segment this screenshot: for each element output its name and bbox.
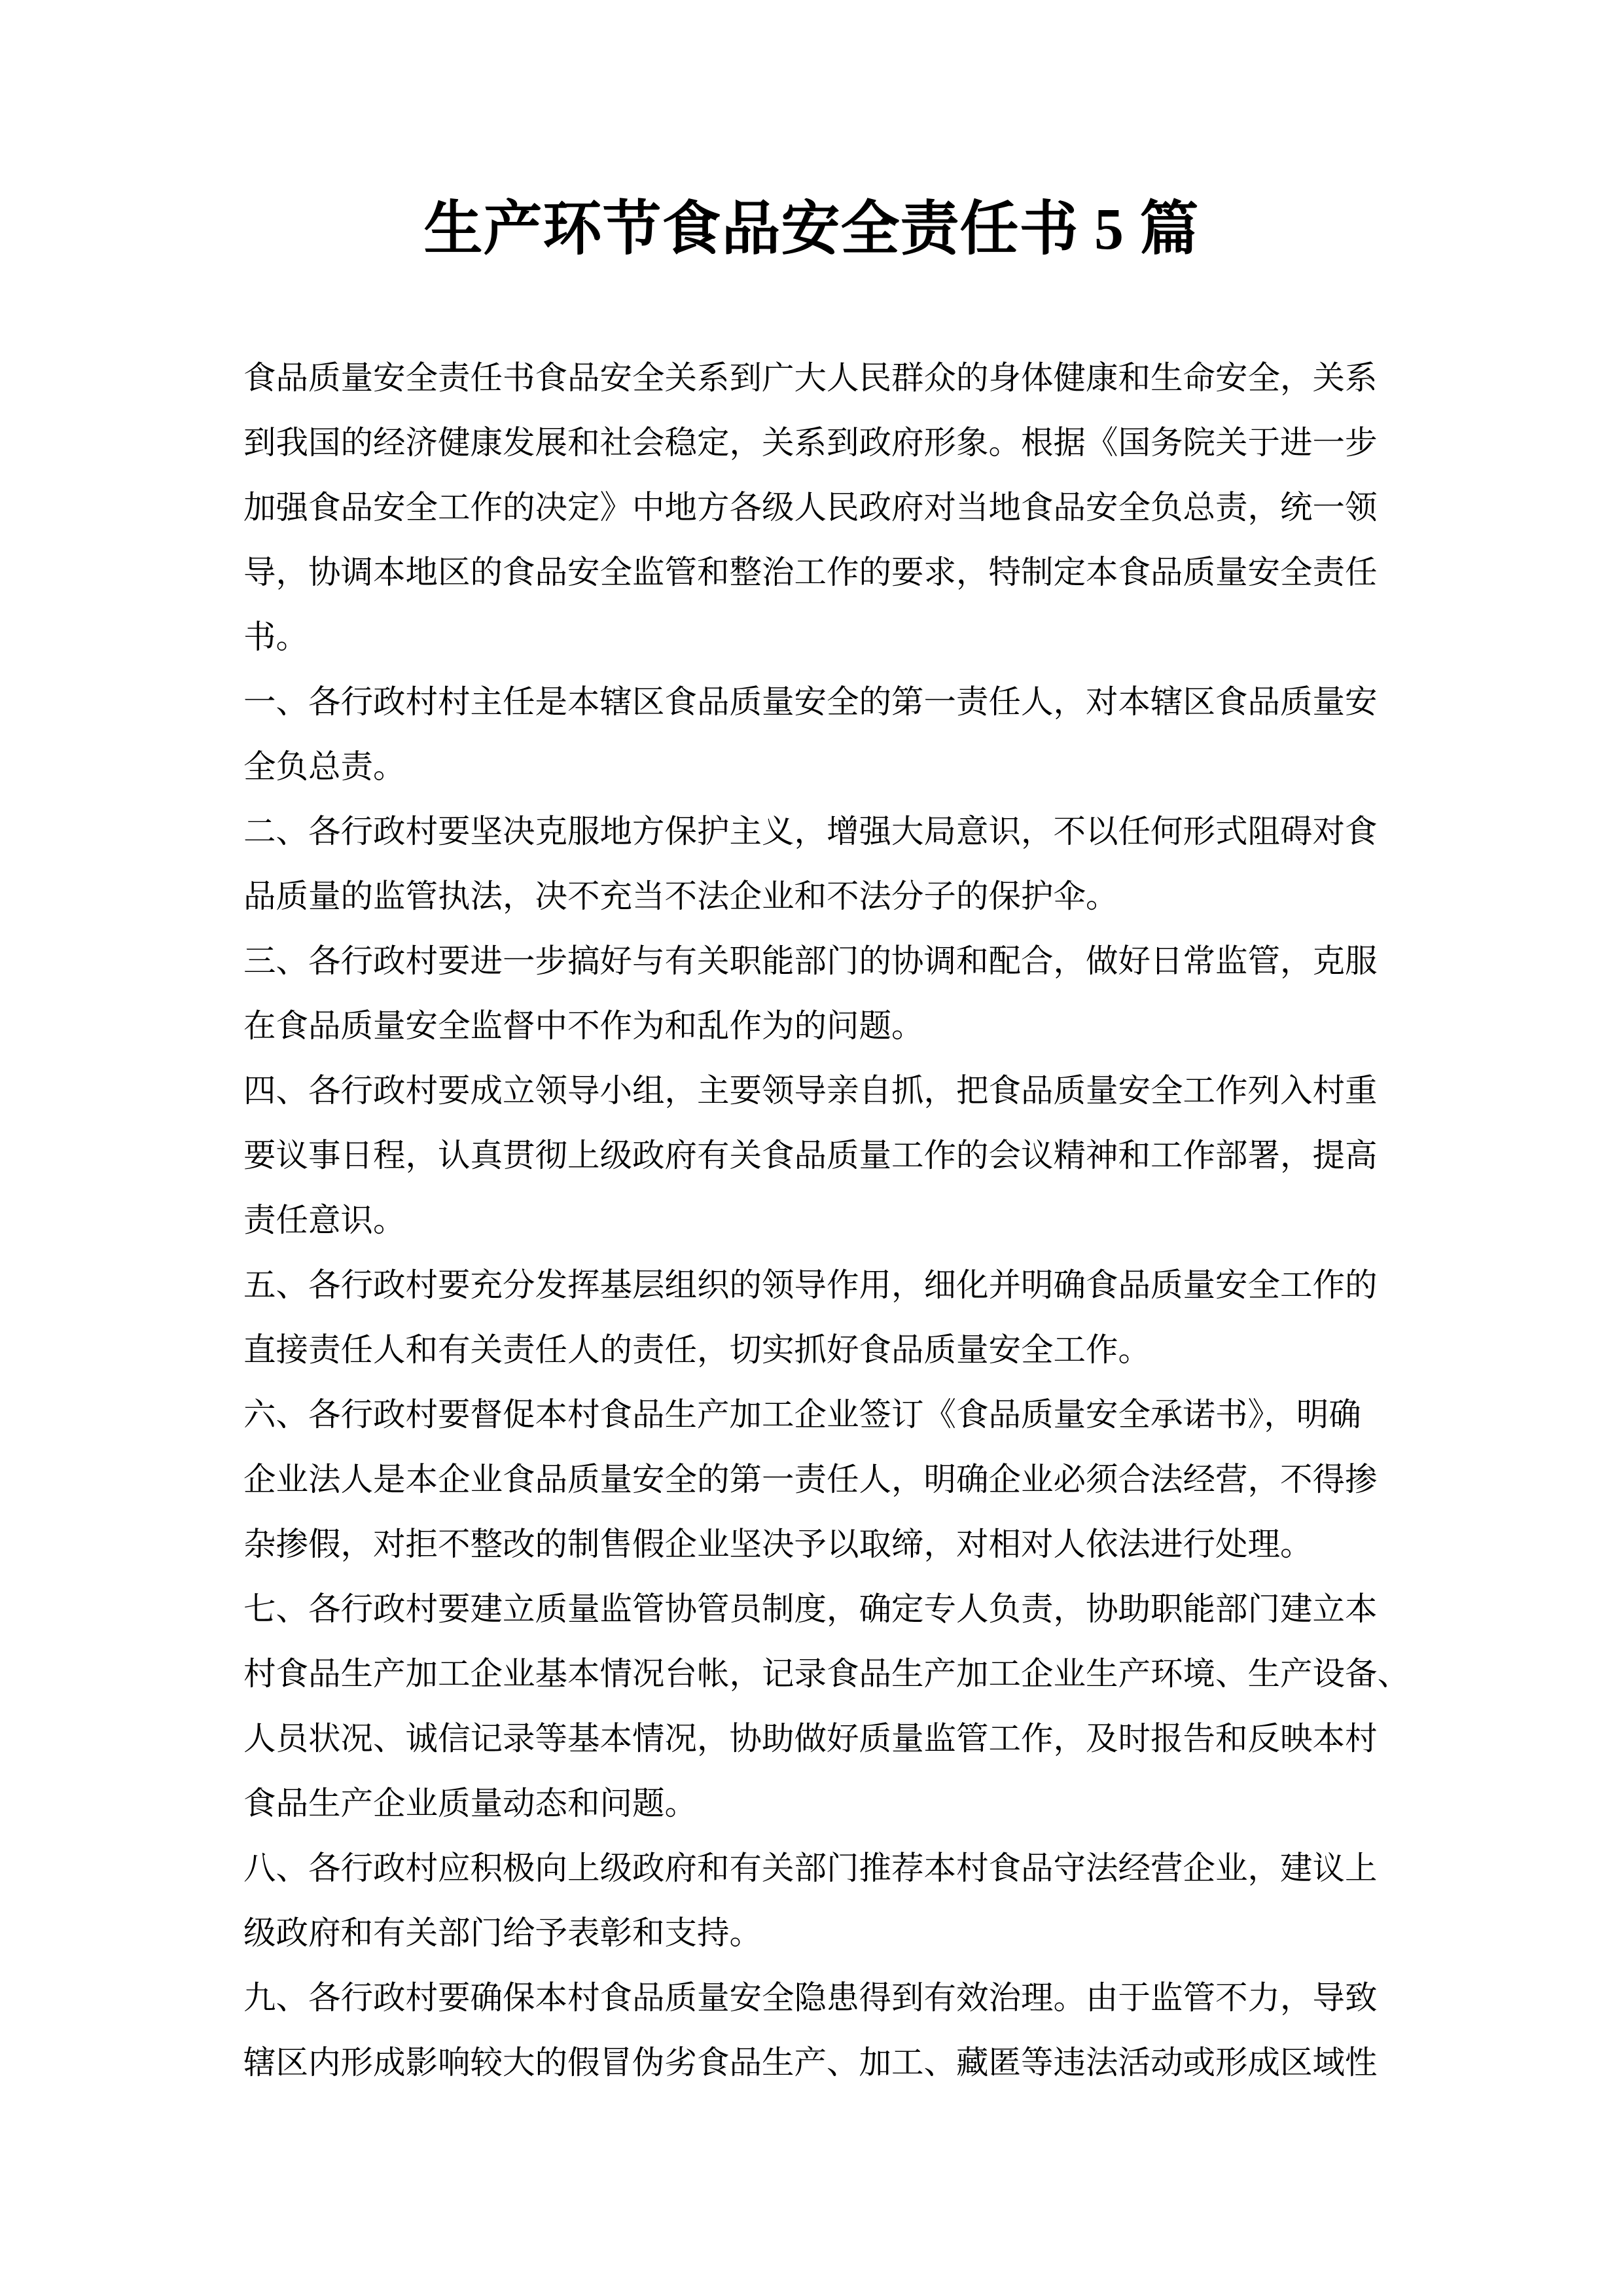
paragraph: 六、各行政村要督促本村食品生产加工企业签订《食品质量安全承诺书》，明确企业法人是… — [243, 1382, 1380, 1577]
text-line: 人员状况、诚信记录等基本情况，协助做好质量监管工作，及时报告和反映本村 — [243, 1706, 1380, 1771]
text-line: 辖区内形成影响较大的假冒伪劣食品生产、加工、藏匿等违法活动或形成区域性 — [243, 2030, 1380, 2095]
paragraph: 八、各行政村应积极向上级政府和有关部门推荐本村食品守法经营企业，建议上级政府和有… — [243, 1836, 1380, 1965]
text-line: 到我国的经济健康发展和社会稳定，关系到政府形象。根据《国务院关于进一步 — [243, 410, 1380, 475]
text-line: 四、各行政村要成立领导小组，主要领导亲自抓，把食品质量安全工作列入村重 — [243, 1058, 1380, 1123]
text-line: 在食品质量安全监督中不作为和乱作为的问题。 — [243, 994, 1380, 1058]
document-body: 食品质量安全责任书食品安全关系到广大人民群众的身体健康和生命安全，关系到我国的经… — [243, 346, 1380, 2095]
text-line: 级政府和有关部门给予表彰和支持。 — [243, 1901, 1380, 1965]
text-line: 责任意识。 — [243, 1188, 1380, 1253]
text-line: 加强食品安全工作的决定》中地方各级人民政府对当地食品安全负总责，统一领 — [243, 475, 1380, 540]
text-line: 要议事日程，认真贯彻上级政府有关食品质量工作的会议精神和工作部署，提高 — [243, 1123, 1380, 1188]
text-line: 二、各行政村要坚决克服地方保护主义，增强大局意识，不以任何形式阻碍对食 — [243, 799, 1380, 864]
text-line: 八、各行政村应积极向上级政府和有关部门推荐本村食品守法经营企业，建议上 — [243, 1836, 1380, 1901]
text-line: 五、各行政村要充分发挥基层组织的领导作用，细化并明确食品质量安全工作的 — [243, 1253, 1380, 1318]
text-line: 六、各行政村要督促本村食品生产加工企业签订《食品质量安全承诺书》，明确 — [243, 1382, 1380, 1447]
paragraph: 一、各行政村村主任是本辖区食品质量安全的第一责任人，对本辖区食品质量安全负总责。 — [243, 670, 1380, 799]
paragraph: 三、各行政村要进一步搞好与有关职能部门的协调和配合，做好日常监管，克服在食品质量… — [243, 929, 1380, 1058]
text-line: 全负总责。 — [243, 734, 1380, 799]
text-line: 企业法人是本企业食品质量安全的第一责任人，明确企业必须合法经营，不得掺 — [243, 1447, 1380, 1512]
paragraph: 七、各行政村要建立质量监管协管员制度，确定专人负责，协助职能部门建立本村食品生产… — [243, 1577, 1380, 1836]
paragraph: 食品质量安全责任书食品安全关系到广大人民群众的身体健康和生命安全，关系到我国的经… — [243, 346, 1380, 670]
text-line: 导，协调本地区的食品安全监管和整治工作的要求，特制定本食品质量安全责任 — [243, 540, 1380, 605]
text-line: 直接责任人和有关责任人的责任，切实抓好食品质量安全工作。 — [243, 1318, 1380, 1382]
text-line: 村食品生产加工企业基本情况台帐，记录食品生产加工企业生产环境、生产设备、 — [243, 1641, 1380, 1706]
paragraph: 九、各行政村要确保本村食品质量安全隐患得到有效治理。由于监管不力，导致辖区内形成… — [243, 1965, 1380, 2095]
paragraph: 五、各行政村要充分发挥基层组织的领导作用，细化并明确食品质量安全工作的直接责任人… — [243, 1253, 1380, 1382]
text-line: 书。 — [243, 605, 1380, 670]
paragraph: 二、各行政村要坚决克服地方保护主义，增强大局意识，不以任何形式阻碍对食品质量的监… — [243, 799, 1380, 929]
text-line: 品质量的监管执法，决不充当不法企业和不法分子的保护伞。 — [243, 864, 1380, 929]
text-line: 七、各行政村要建立质量监管协管员制度，确定专人负责，协助职能部门建立本 — [243, 1577, 1380, 1641]
text-line: 食品生产企业质量动态和问题。 — [243, 1771, 1380, 1836]
text-line: 食品质量安全责任书食品安全关系到广大人民群众的身体健康和生命安全，关系 — [243, 346, 1380, 410]
paragraph: 四、各行政村要成立领导小组，主要领导亲自抓，把食品质量安全工作列入村重要议事日程… — [243, 1058, 1380, 1253]
text-line: 三、各行政村要进一步搞好与有关职能部门的协调和配合，做好日常监管，克服 — [243, 929, 1380, 994]
document-page: 生产环节食品安全责任书 5 篇 食品质量安全责任书食品安全关系到广大人民群众的身… — [0, 0, 1623, 2296]
document-title: 生产环节食品安全责任书 5 篇 — [0, 0, 1623, 263]
text-line: 杂掺假，对拒不整改的制售假企业坚决予以取缔，对相对人依法进行处理。 — [243, 1512, 1380, 1577]
text-line: 一、各行政村村主任是本辖区食品质量安全的第一责任人，对本辖区食品质量安 — [243, 670, 1380, 734]
text-line: 九、各行政村要确保本村食品质量安全隐患得到有效治理。由于监管不力，导致 — [243, 1965, 1380, 2030]
